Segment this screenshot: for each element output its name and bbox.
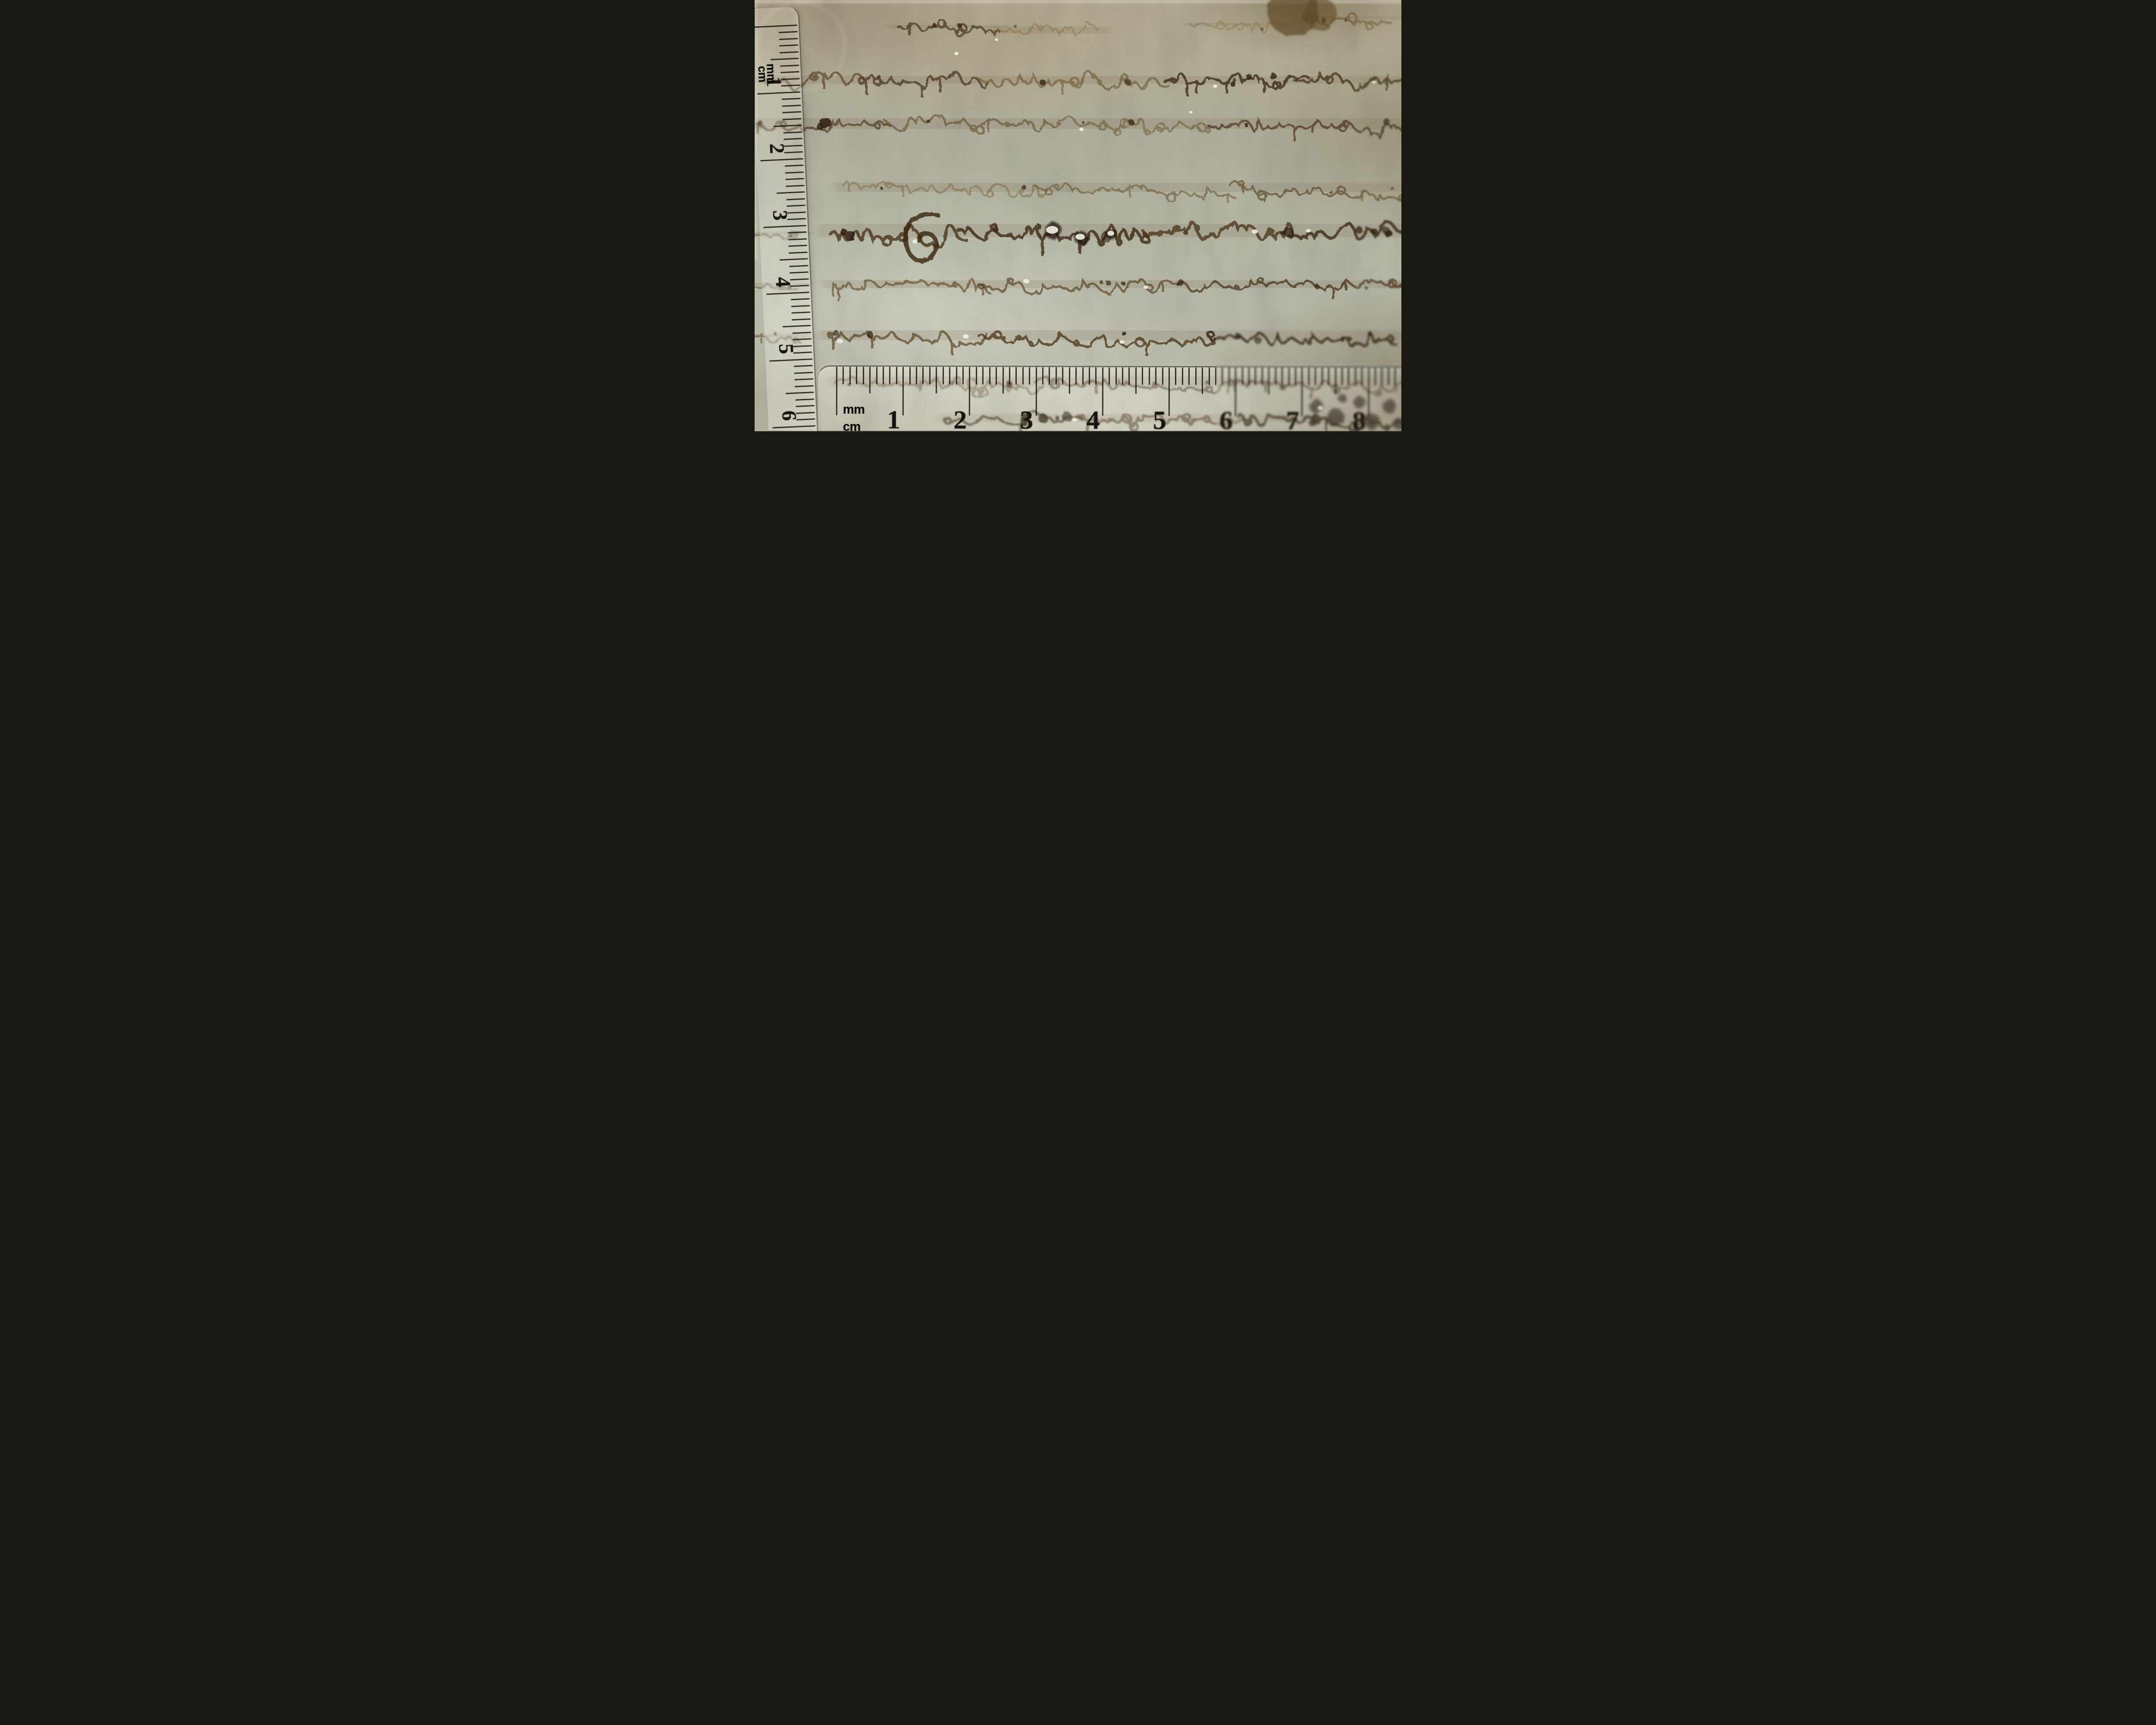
ruler-tick-half xyxy=(1202,367,1203,394)
ruler-tick-mm xyxy=(787,205,805,207)
ruler-tick-mm xyxy=(794,378,813,380)
ruler-tick-mm xyxy=(1328,367,1329,385)
ruler-tick-mm xyxy=(1322,367,1323,385)
ruler-tick-mm xyxy=(863,367,864,384)
ink-blot xyxy=(1367,331,1372,336)
ruler-tick-mm xyxy=(795,385,814,387)
ruler-tick-mm xyxy=(849,367,851,384)
paper-damage-spot xyxy=(1046,226,1058,234)
ruler-tick-mm xyxy=(896,367,897,384)
ruler-tick-cm xyxy=(1301,367,1303,416)
ruler-tick-half xyxy=(780,258,808,260)
ruler-tick-mm xyxy=(1395,368,1396,386)
paper-damage-spot xyxy=(1306,229,1311,232)
ink-blot xyxy=(957,22,962,28)
ink-blot xyxy=(1234,332,1239,338)
ruler-tick-mm xyxy=(1208,367,1210,385)
ruler-tick-mm xyxy=(794,365,813,367)
ruler-tick-mm xyxy=(783,138,802,140)
manuscript-photo: 123456 mm cm 12345678 mm cm xyxy=(755,0,1401,431)
ink-blot xyxy=(926,119,929,122)
ruler-number-2: 2 xyxy=(953,407,967,431)
ruler-tick-mm xyxy=(943,367,944,385)
dark-ink-knot xyxy=(816,122,823,129)
ruler-tick-mm xyxy=(1341,368,1343,386)
ruler-tick-mm xyxy=(856,367,857,384)
ruler-tick-mm xyxy=(1295,367,1296,385)
ruler-tick-mm xyxy=(1089,367,1090,385)
paper-damage-spot xyxy=(1075,234,1085,240)
ink-blot xyxy=(1314,283,1319,289)
ink-blot xyxy=(1081,121,1084,124)
ruler-tick-mm xyxy=(1248,367,1250,385)
ink-blot xyxy=(1283,227,1293,237)
ruler-tick-mm xyxy=(1128,367,1130,385)
ruler-tick-mm xyxy=(1162,367,1163,385)
ruler-tick-mm xyxy=(1348,368,1349,386)
ruler-tick-mm xyxy=(1082,367,1083,385)
ink-blot xyxy=(1385,229,1392,237)
ruler-tick-mm xyxy=(1029,367,1030,385)
ruler-tick-mm xyxy=(949,367,950,385)
ruler-tick-half xyxy=(1002,367,1003,394)
ruler-tick-cm xyxy=(1368,368,1369,417)
ruler-tick-mm xyxy=(889,367,890,384)
ruler-tick-mm xyxy=(1195,367,1197,385)
ruler-tick-mm xyxy=(779,31,798,33)
ruler-tick-mm xyxy=(1308,367,1310,385)
ruler-tick-mm xyxy=(780,71,799,73)
paper-damage-spot xyxy=(1189,111,1193,113)
ink-blot xyxy=(1329,190,1332,194)
ruler-tick-mm xyxy=(786,185,805,187)
ruler-tick-mm xyxy=(876,367,877,384)
ruler-tick-mm xyxy=(1275,367,1276,385)
ink-blot xyxy=(1124,78,1131,85)
ruler-tick-cm xyxy=(772,425,815,428)
ruler-number-2: 2 xyxy=(766,143,787,154)
ruler-tick-mm xyxy=(1282,367,1283,385)
ruler-tick-cm xyxy=(757,91,800,94)
ink-blot xyxy=(1121,281,1125,285)
ruler-tick-mm xyxy=(909,367,911,384)
ruler-number-5: 5 xyxy=(775,343,796,354)
ruler-tick-cm xyxy=(969,367,970,416)
ink-blot xyxy=(1122,331,1126,336)
ink-blot xyxy=(931,22,936,28)
ruler-tick-mm xyxy=(795,398,814,401)
ruler-tick-mm xyxy=(796,405,815,407)
paper-damage-spot xyxy=(1372,81,1376,83)
paper-damage-spot xyxy=(954,52,959,55)
ruler-tick-mm xyxy=(922,367,924,385)
ruler-number-7: 7 xyxy=(1286,407,1299,431)
ruler-tick-half xyxy=(1069,367,1070,394)
ink-blot xyxy=(1354,226,1362,233)
ruler-tick-mm xyxy=(1175,367,1176,385)
ruler-tick-mm xyxy=(1049,367,1050,385)
ruler-tick-cm xyxy=(1035,367,1037,416)
ink-blot xyxy=(1013,24,1016,28)
ruler-tick-cm xyxy=(1102,367,1103,416)
paper-damage-spot xyxy=(1213,85,1217,88)
ruler-tick-mm xyxy=(1056,367,1057,385)
ruler-tick-mm xyxy=(962,367,964,385)
ruler-tick-mm xyxy=(782,98,801,100)
ruler-tick-half xyxy=(1335,368,1336,395)
ruler-number-5: 5 xyxy=(1153,407,1166,431)
ruler-tick-mm xyxy=(785,165,804,167)
ink-blot xyxy=(1105,279,1110,285)
paper-damage-spot xyxy=(1119,340,1125,344)
ruler-tick-mm xyxy=(783,131,802,133)
ruler-number-3: 3 xyxy=(769,210,790,221)
paper-damage-spot xyxy=(912,239,918,244)
ink-blot xyxy=(1391,187,1394,190)
ruler-tick-half xyxy=(786,392,814,394)
ruler-tick-cm xyxy=(836,367,837,415)
ruler-tick-mm xyxy=(883,367,884,384)
ruler-tick-mm xyxy=(780,51,799,53)
ruler-tick-mm xyxy=(780,64,799,66)
ruler-tick-mm xyxy=(1095,367,1097,385)
ruler-tick-cm xyxy=(763,225,806,228)
paper-damage-spot xyxy=(995,38,998,41)
paper-damage-spot xyxy=(837,339,843,343)
ruler-number-4: 4 xyxy=(1086,407,1100,431)
paper-damage-spot xyxy=(1144,285,1149,289)
ruler-tick-mm xyxy=(1075,367,1077,385)
ruler-tick-mm xyxy=(782,104,801,107)
ink-halo xyxy=(897,26,1000,27)
ink-blot xyxy=(1128,119,1134,125)
ruler-number-1: 1 xyxy=(887,406,900,431)
ruler-tick-cm xyxy=(1235,367,1236,416)
ink-blot xyxy=(1021,184,1025,189)
ruler-tick-mm xyxy=(1315,367,1316,385)
ink-blot xyxy=(876,74,880,78)
ruler-tick-mm xyxy=(1062,367,1063,385)
ruler-tick-mm xyxy=(785,171,804,173)
ruler-number-4: 4 xyxy=(772,276,793,288)
ruler-tick-mm xyxy=(782,111,801,113)
ruler-tick-half xyxy=(869,367,871,393)
paper-damage-spot xyxy=(1107,231,1114,236)
ink-blot xyxy=(1382,118,1388,124)
ink-blot xyxy=(1340,338,1344,341)
ruler-tick-half xyxy=(777,191,805,194)
ruler-tick-mm xyxy=(1122,367,1123,385)
horizontal-ruler-mm-label: mm xyxy=(843,403,865,417)
ink-blot xyxy=(880,187,883,190)
ruler-tick-mm xyxy=(1242,367,1243,385)
ink-blot xyxy=(1176,279,1183,286)
ruler-tick-half xyxy=(774,125,802,127)
ruler-number-8: 8 xyxy=(1352,408,1366,431)
ruler-tick-cm xyxy=(760,158,803,161)
ruler-tick-mm xyxy=(1255,367,1256,385)
ruler-tick-mm xyxy=(791,305,810,307)
ruler-tick-half xyxy=(1135,367,1137,394)
ruler-tick-mm xyxy=(1116,367,1117,385)
ink-blot xyxy=(1232,78,1236,82)
ruler-tick-mm xyxy=(1109,367,1110,385)
ink-blot xyxy=(845,230,855,240)
ruler-tick-cm xyxy=(769,358,812,362)
ruler-tick-mm xyxy=(1262,367,1263,385)
ruler-tick-cm xyxy=(755,24,797,28)
ruler-tick-mm xyxy=(1015,367,1017,385)
ruler-tick-mm xyxy=(789,251,808,254)
ruler-tick-mm xyxy=(1155,367,1156,385)
ruler-tick-mm xyxy=(1375,368,1376,386)
ink-blotches xyxy=(816,0,1401,428)
ruler-tick-half xyxy=(936,367,937,394)
ruler-tick-mm xyxy=(1009,367,1010,385)
ruler-tick-mm xyxy=(788,231,807,233)
ink-blot xyxy=(1344,18,1347,22)
paper-damage-spot xyxy=(1023,279,1029,283)
ruler-tick-mm xyxy=(788,245,807,247)
ink-blot xyxy=(1245,73,1251,79)
ruler-tick-mm xyxy=(791,298,810,300)
horizontal-ruler-scale: 12345678 xyxy=(818,367,1401,431)
ruler-tick-mm xyxy=(1215,367,1216,385)
ruler-tick-half xyxy=(771,58,799,60)
ruler-tick-mm xyxy=(791,311,810,314)
ruler-tick-half xyxy=(783,325,811,327)
ink-blot xyxy=(1253,336,1261,343)
ruler-tick-mm xyxy=(1288,367,1289,385)
ruler-tick-mm xyxy=(792,332,811,334)
ruler-tick-mm xyxy=(976,367,977,385)
ruler-tick-mm xyxy=(1042,367,1044,385)
ruler-tick-mm xyxy=(1142,367,1143,385)
ink-blot xyxy=(1370,228,1377,234)
ruler-tick-mm xyxy=(788,238,807,240)
paper-damage-spot xyxy=(1252,229,1258,234)
ruler-tick-mm xyxy=(929,367,931,385)
ruler-tick-mm xyxy=(1188,367,1190,385)
ruler-tick-mm xyxy=(956,367,957,385)
ruler-tick-mm xyxy=(1222,367,1223,385)
ink-blot xyxy=(1364,286,1367,289)
ruler-tick-mm xyxy=(790,271,808,273)
ink-blot xyxy=(1269,72,1276,79)
ruler-tick-mm xyxy=(1388,368,1389,386)
ruler-tick-mm xyxy=(1149,367,1150,385)
ruler-number-6: 6 xyxy=(1219,407,1233,431)
paper-damage-spot xyxy=(963,334,969,339)
ink-blot xyxy=(832,329,838,336)
ruler-tick-cm xyxy=(1169,367,1170,416)
ink-blot xyxy=(1260,26,1263,30)
ruler-tick-mm xyxy=(1355,368,1356,386)
ink-blot xyxy=(992,226,998,232)
ruler-tick-mm xyxy=(1381,368,1382,386)
horizontal-ruler-cm-label: cm xyxy=(843,420,861,431)
vertical-ruler-cm-label: cm xyxy=(755,66,769,82)
ruler-tick-mm xyxy=(982,367,984,385)
ruler-tick-mm xyxy=(783,118,802,120)
ruler-tick-mm xyxy=(996,367,997,385)
ruler-number-6: 6 xyxy=(778,410,799,421)
ink-blot xyxy=(1183,230,1188,235)
ruler-tick-mm xyxy=(1022,367,1024,385)
ruler-tick-mm xyxy=(792,318,811,320)
ruler-tick-mm xyxy=(786,198,805,200)
ruler-tick-mm xyxy=(779,44,798,47)
ruler-tick-mm xyxy=(794,372,813,374)
ruler-tick-mm xyxy=(779,38,798,40)
paper-damage-spot xyxy=(1079,128,1084,131)
ruler-number-3: 3 xyxy=(1020,407,1033,431)
ink-blot xyxy=(1244,122,1248,127)
ruler-tick-mm xyxy=(1228,367,1230,385)
horizontal-ruler: 12345678 mm cm xyxy=(817,365,1401,431)
ruler-tick-mm xyxy=(843,367,844,384)
ink-blot xyxy=(1099,280,1103,284)
ruler-tick-cm xyxy=(766,292,809,295)
ruler-tick-cm xyxy=(903,367,904,415)
ruler-tick-mm xyxy=(916,367,917,384)
ruler-tick-half xyxy=(1268,367,1269,394)
ruler-tick-mm xyxy=(789,265,808,267)
ruler-tick-mm xyxy=(785,178,804,180)
ruler-tick-mm xyxy=(1182,367,1183,385)
ruler-tick-mm xyxy=(793,338,812,340)
ink-blot xyxy=(1039,79,1045,85)
ruler-tick-mm xyxy=(1361,368,1363,386)
ink-blot xyxy=(866,331,873,337)
ruler-tick-mm xyxy=(989,367,990,385)
